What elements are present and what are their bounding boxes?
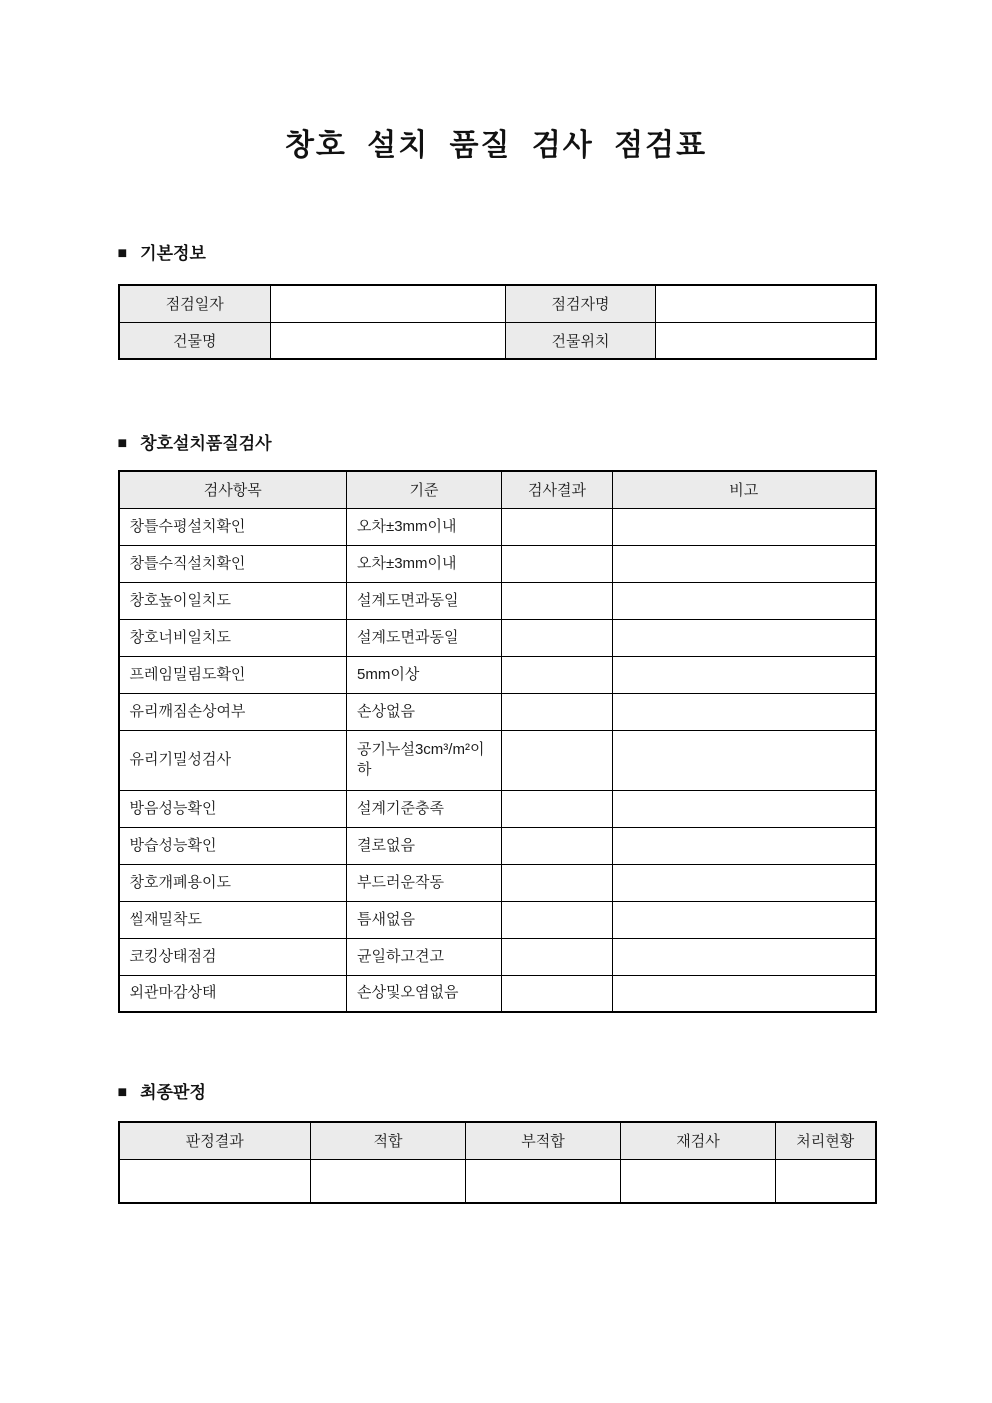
item-cell: 방습성능확인	[119, 827, 347, 864]
column-header-note: 비고	[613, 471, 876, 508]
standard-cell: 오차±3mm이내	[347, 508, 502, 545]
result-cell[interactable]	[502, 508, 613, 545]
final-entry-row	[119, 1159, 876, 1203]
inspection-row: 외관마감상태 손상및오염없음	[119, 975, 876, 1012]
inspection-row: 창틀수직설치확인 오차±3mm이내	[119, 545, 876, 582]
note-cell[interactable]	[613, 901, 876, 938]
section-heading-basic-info-label: 기본정보	[140, 242, 206, 266]
inspection-row: 프레임밀림도확인 5mm이상	[119, 656, 876, 693]
note-cell[interactable]	[613, 938, 876, 975]
result-cell[interactable]	[502, 901, 613, 938]
standard-cell: 설계도면과동일	[347, 582, 502, 619]
result-cell[interactable]	[502, 619, 613, 656]
standard-cell: 공기누설3cm³/m²이하	[347, 730, 502, 790]
document-page: 창호 설치 품질 검사 점검표 ■ 기본정보 점검일자 점검자명 건물명	[0, 0, 992, 1403]
note-cell[interactable]	[613, 619, 876, 656]
column-header-judgment-result: 판정결과	[119, 1122, 311, 1159]
building-location-label: 건물위치	[506, 322, 656, 359]
note-cell[interactable]	[613, 582, 876, 619]
section-heading-final-judgment-label: 최종판정	[140, 1081, 206, 1105]
column-header-standard: 기준	[347, 471, 502, 508]
standard-cell: 손상없음	[347, 693, 502, 730]
item-cell: 씰재밀착도	[119, 901, 347, 938]
standard-cell: 틈새없음	[347, 901, 502, 938]
inspection-row: 창틀수평설치확인 오차±3mm이내	[119, 508, 876, 545]
note-cell[interactable]	[613, 730, 876, 790]
fail-cell[interactable]	[466, 1159, 621, 1203]
standard-cell: 부드러운작동	[347, 864, 502, 901]
column-header-fail: 부적합	[466, 1122, 621, 1159]
note-cell[interactable]	[613, 545, 876, 582]
inspection-row: 씰재밀착도 틈새없음	[119, 901, 876, 938]
final-header-row: 판정결과 적합 부적합 재검사 처리현황	[119, 1122, 876, 1159]
note-cell[interactable]	[613, 656, 876, 693]
inspection-table: 검사항목 기준 검사결과 비고 창틀수평설치확인 오차±3mm이내 창틀수직설치…	[118, 470, 877, 1013]
building-name-label: 건물명	[119, 322, 271, 359]
item-cell: 방음성능확인	[119, 790, 347, 827]
processing-status-cell[interactable]	[776, 1159, 876, 1203]
note-cell[interactable]	[613, 790, 876, 827]
building-name-field[interactable]	[271, 322, 506, 359]
result-cell[interactable]	[502, 827, 613, 864]
item-cell: 프레임밀림도확인	[119, 656, 347, 693]
column-header-result: 검사결과	[502, 471, 613, 508]
pass-cell[interactable]	[311, 1159, 466, 1203]
note-cell[interactable]	[613, 975, 876, 1012]
result-cell[interactable]	[502, 730, 613, 790]
section-heading-inspection: ■ 창호설치품질검사	[118, 432, 875, 456]
inspection-date-field[interactable]	[271, 285, 506, 322]
note-cell[interactable]	[613, 827, 876, 864]
inspection-row: 유리기밀성검사 공기누설3cm³/m²이하	[119, 730, 876, 790]
section-bullet-icon: ■	[118, 1081, 128, 1105]
inspection-row: 방습성능확인 결로없음	[119, 827, 876, 864]
item-cell: 코킹상태점검	[119, 938, 347, 975]
item-cell: 창호너비일치도	[119, 619, 347, 656]
inspection-header-row: 검사항목 기준 검사결과 비고	[119, 471, 876, 508]
inspection-row: 방음성능확인 설계기준충족	[119, 790, 876, 827]
standard-cell: 설계기준충족	[347, 790, 502, 827]
standard-cell: 설계도면과동일	[347, 619, 502, 656]
inspection-row: 창호개폐용이도 부드러운작동	[119, 864, 876, 901]
standard-cell: 오차±3mm이내	[347, 545, 502, 582]
document-content: ■ 기본정보 점검일자 점검자명 건물명 건물위치	[118, 242, 875, 1204]
building-location-field[interactable]	[656, 322, 876, 359]
item-cell: 창호높이일치도	[119, 582, 347, 619]
item-cell: 외관마감상태	[119, 975, 347, 1012]
standard-cell: 5mm이상	[347, 656, 502, 693]
column-header-pass: 적합	[311, 1122, 466, 1159]
column-header-item: 검사항목	[119, 471, 347, 508]
page-title: 창호 설치 품질 검사 점검표	[0, 128, 992, 164]
standard-cell: 균일하고견고	[347, 938, 502, 975]
inspection-row: 유리깨짐손상여부 손상없음	[119, 693, 876, 730]
column-header-processing-status: 처리현황	[776, 1122, 876, 1159]
item-cell: 유리깨짐손상여부	[119, 693, 347, 730]
standard-cell: 결로없음	[347, 827, 502, 864]
basic-info-row: 건물명 건물위치	[119, 322, 876, 359]
note-cell[interactable]	[613, 693, 876, 730]
inspection-row: 창호너비일치도 설계도면과동일	[119, 619, 876, 656]
item-cell: 유리기밀성검사	[119, 730, 347, 790]
inspection-date-label: 점검일자	[119, 285, 271, 322]
section-bullet-icon: ■	[118, 242, 128, 266]
inspection-row: 창호높이일치도 설계도면과동일	[119, 582, 876, 619]
item-cell: 창틀수평설치확인	[119, 508, 347, 545]
reinspection-cell[interactable]	[621, 1159, 776, 1203]
result-cell[interactable]	[502, 693, 613, 730]
section-heading-inspection-label: 창호설치품질검사	[140, 432, 271, 456]
item-cell: 창호개폐용이도	[119, 864, 347, 901]
result-cell[interactable]	[502, 790, 613, 827]
item-cell: 창틀수직설치확인	[119, 545, 347, 582]
judgment-result-cell[interactable]	[119, 1159, 311, 1203]
section-heading-basic-info: ■ 기본정보	[118, 242, 875, 266]
inspector-name-label: 점검자명	[506, 285, 656, 322]
note-cell[interactable]	[613, 864, 876, 901]
result-cell[interactable]	[502, 938, 613, 975]
result-cell[interactable]	[502, 582, 613, 619]
section-heading-final-judgment: ■ 최종판정	[118, 1081, 875, 1105]
result-cell[interactable]	[502, 545, 613, 582]
basic-info-row: 점검일자 점검자명	[119, 285, 876, 322]
result-cell[interactable]	[502, 975, 613, 1012]
result-cell[interactable]	[502, 656, 613, 693]
inspection-row: 코킹상태점검 균일하고견고	[119, 938, 876, 975]
column-header-reinspection: 재검사	[621, 1122, 776, 1159]
section-bullet-icon: ■	[118, 432, 128, 456]
standard-cell: 손상및오염없음	[347, 975, 502, 1012]
result-cell[interactable]	[502, 864, 613, 901]
final-judgment-table: 판정결과 적합 부적합 재검사 처리현황	[118, 1121, 877, 1204]
basic-info-table: 점검일자 점검자명 건물명 건물위치	[118, 284, 877, 360]
inspector-name-field[interactable]	[656, 285, 876, 322]
note-cell[interactable]	[613, 508, 876, 545]
